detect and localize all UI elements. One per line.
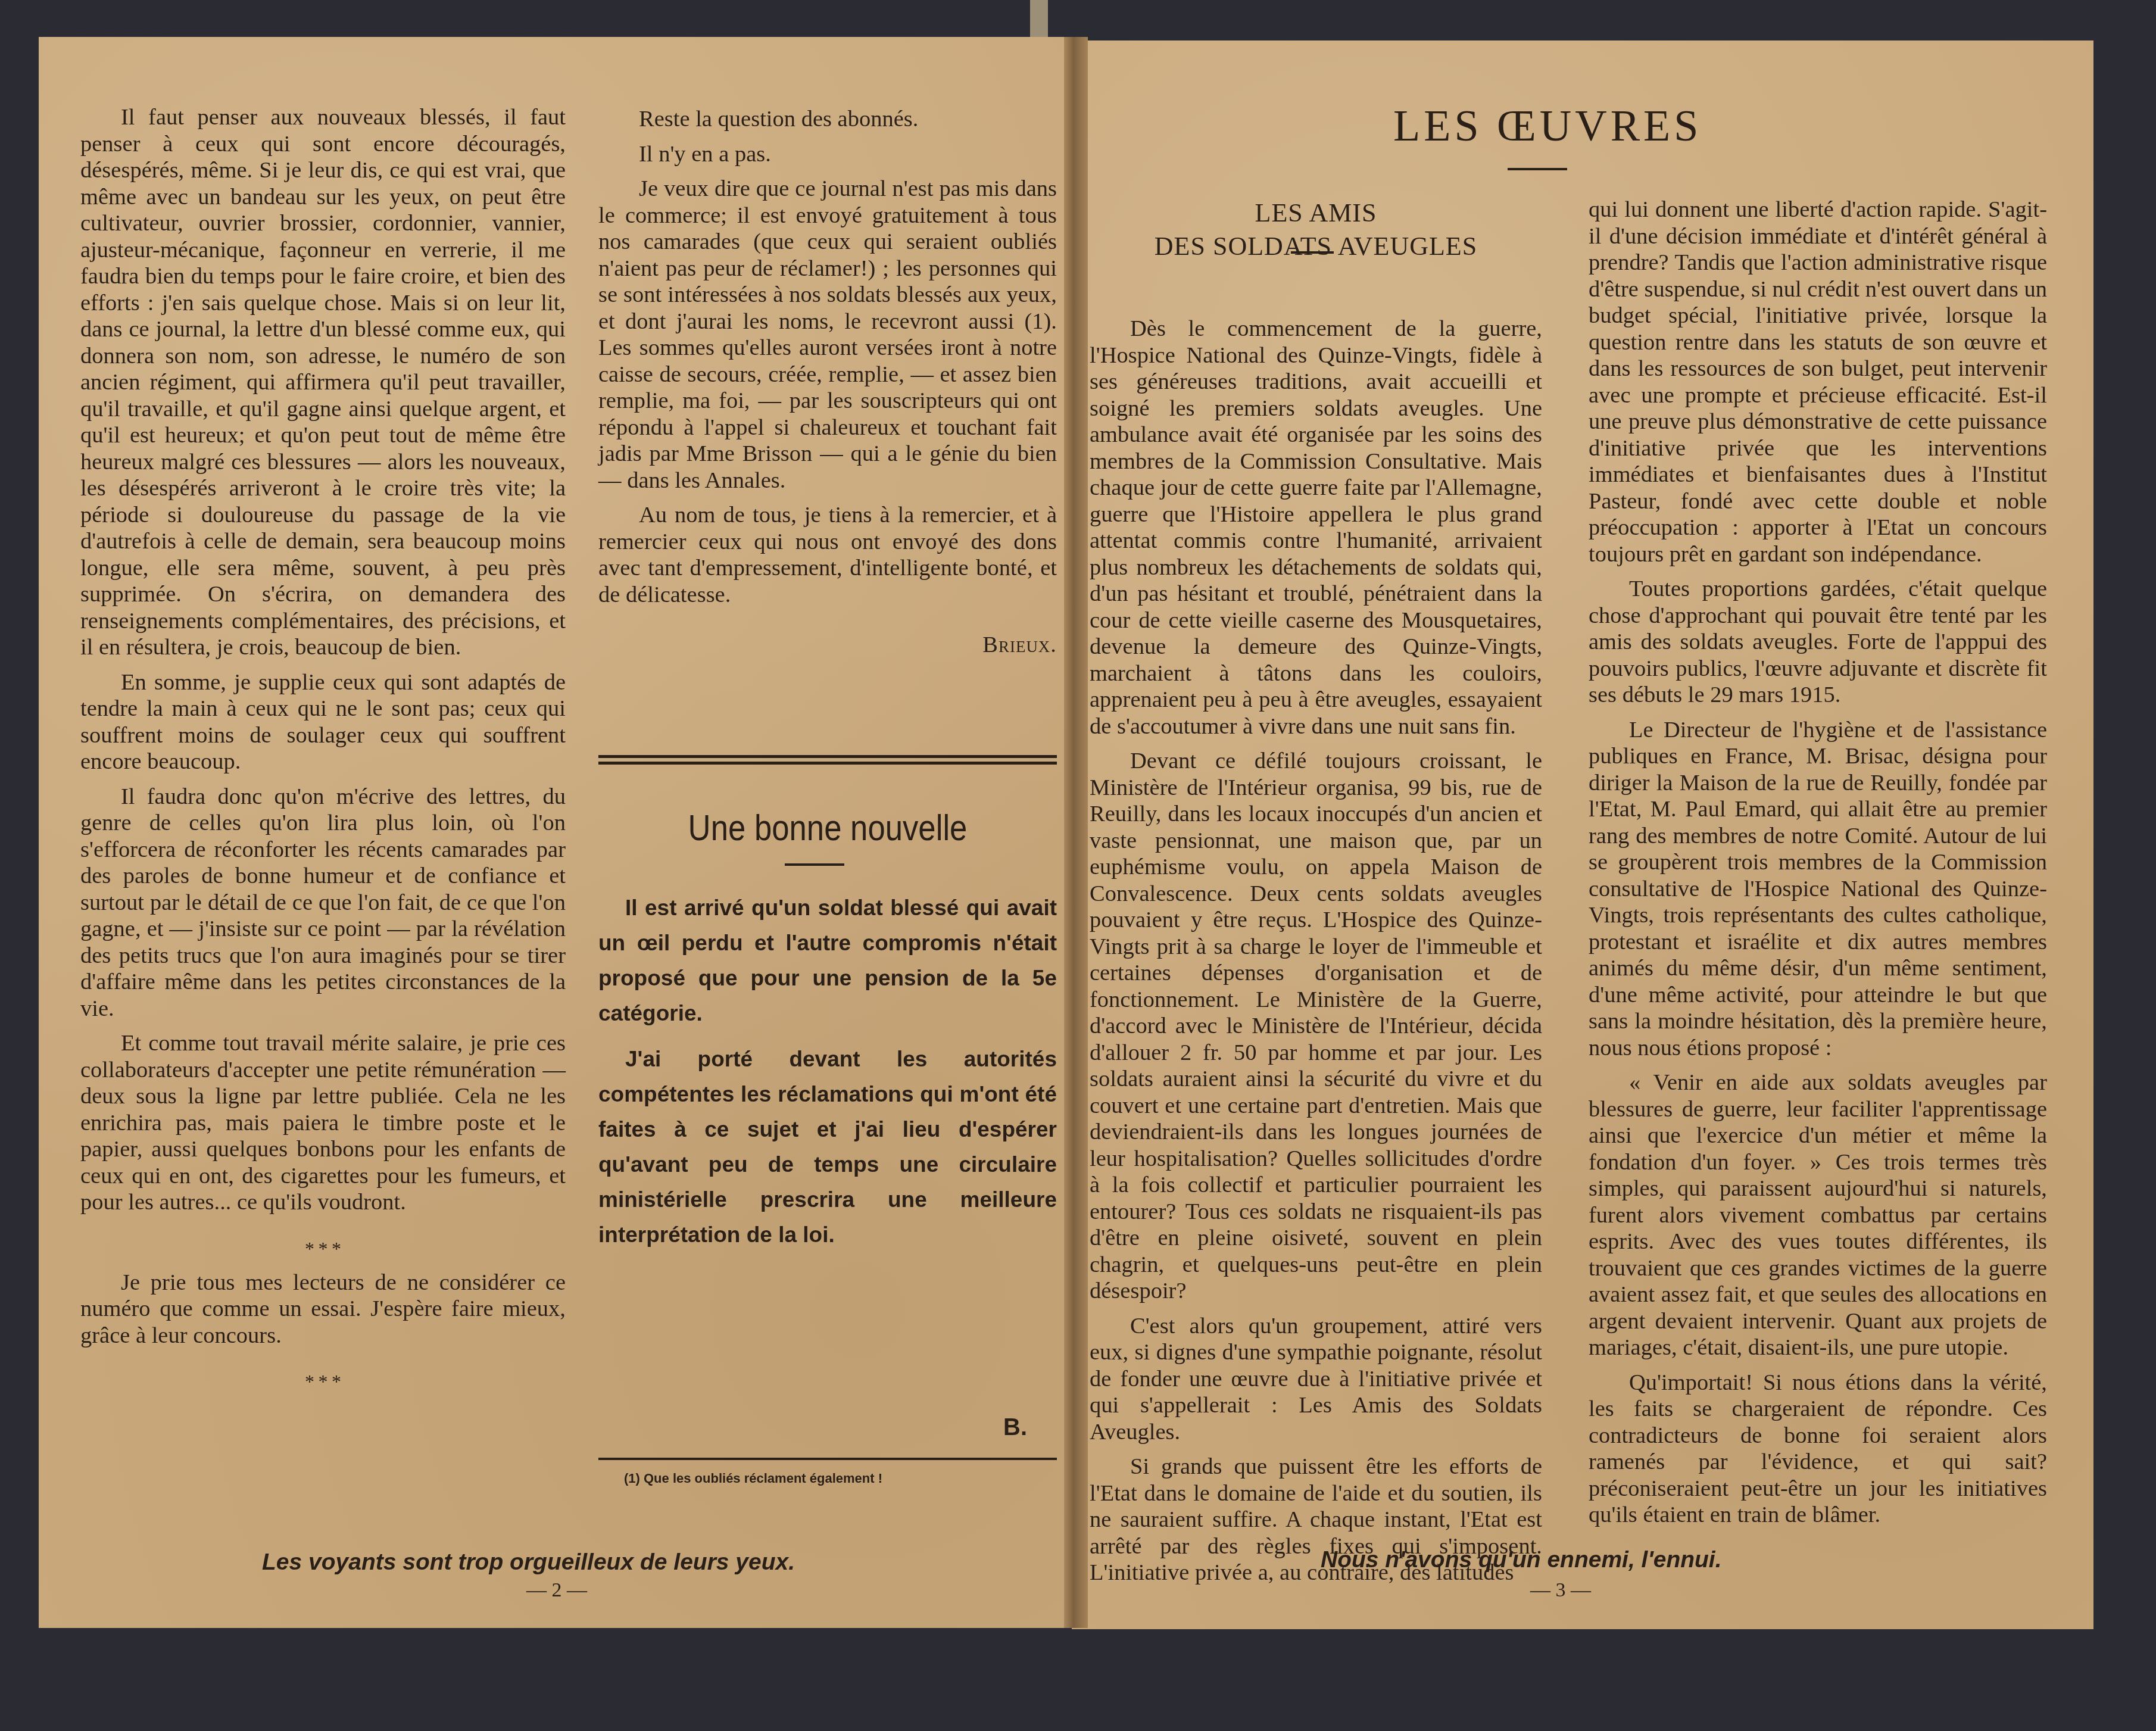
- paragraph: J'ai porté devant les autorités compéten…: [598, 1041, 1057, 1252]
- paragraph: Je veux dire que ce journal n'est pas mi…: [598, 176, 1057, 494]
- signature-brieux: Brieux.: [598, 632, 1057, 659]
- paragraph: Il n'y en a pas.: [598, 141, 1057, 168]
- double-rule-divider: [598, 755, 1057, 765]
- footnote-rule: [598, 1458, 1057, 1460]
- section-title: LES ŒUVRES: [1393, 101, 1702, 152]
- paragraph: Qu'importait! Si nous étions dans la vér…: [1589, 1370, 2047, 1529]
- closing-paragraph: Je prie tous mes lecteurs de ne considér…: [80, 1270, 566, 1349]
- section-rule: [1508, 168, 1567, 170]
- asterism-separator: * * *: [80, 1240, 566, 1258]
- paragraph: Le Directeur de l'hygiène et de l'assist…: [1589, 717, 2047, 1062]
- book-gutter: [1064, 37, 1088, 1628]
- paragraph: Et comme tout travail mérite salaire, je…: [80, 1030, 566, 1216]
- asterism-separator: * * *: [80, 1373, 566, 1390]
- title-rule: [785, 863, 844, 866]
- paragraph: Toutes proportions gardées, c'était quel…: [1589, 576, 2047, 709]
- paragraph: Il faut penser aux nouveaux blessés, il …: [80, 104, 566, 661]
- footnote: (1) Que les oubliés réclament également …: [624, 1471, 882, 1486]
- right-column-2: qui lui donnent une liberté d'action rap…: [1589, 197, 2047, 1537]
- page-motto: Les voyants sont trop orgueilleux de leu…: [262, 1549, 795, 1576]
- bonne-nouvelle-body: Il est arrivé qu'un soldat blessé qui av…: [598, 890, 1057, 1263]
- paragraph: Devant ce défilé toujours croissant, le …: [1090, 748, 1542, 1305]
- paragraph: qui lui donnent une liberté d'action rap…: [1589, 197, 2047, 567]
- paragraph: Il est arrivé qu'un soldat blessé qui av…: [598, 890, 1057, 1031]
- article-title-line: LES AMIS: [1090, 197, 1542, 230]
- article-title: Une bonne nouvelle: [633, 807, 1023, 849]
- paragraph: Il faudra donc qu'on m'écrive des lettre…: [80, 784, 566, 1022]
- right-column-1: Dès le commencement de la guerre, l'Hosp…: [1090, 316, 1542, 1595]
- page-motto: Nous n'avons qu'un ennemi, l'ennui.: [1321, 1547, 1722, 1573]
- left-column-1: Il faut penser aux nouveaux blessés, il …: [80, 104, 566, 1402]
- article-title-line: DES SOLDATS AVEUGLES: [1090, 230, 1542, 263]
- page-number: — 3 —: [1530, 1579, 1591, 1602]
- paragraph: Au nom de tous, je tiens à la remercier,…: [598, 502, 1057, 608]
- paragraph: C'est alors qu'un groupement, attiré ver…: [1090, 1313, 1542, 1446]
- title-rule: [1291, 251, 1334, 254]
- paragraph: « Venir en aide aux soldats aveugles par…: [1589, 1069, 2047, 1361]
- paragraph: Dès le commencement de la guerre, l'Hosp…: [1090, 316, 1542, 740]
- signature-b: B.: [598, 1414, 1027, 1441]
- left-column-2: Reste la question des abonnés. Il n'y en…: [598, 106, 1057, 659]
- paragraph: Reste la question des abonnés.: [598, 106, 1057, 133]
- page-number: — 2 —: [526, 1579, 587, 1602]
- binding-thread: [1030, 0, 1048, 37]
- paragraph: En somme, je supplie ceux qui sont adapt…: [80, 669, 566, 775]
